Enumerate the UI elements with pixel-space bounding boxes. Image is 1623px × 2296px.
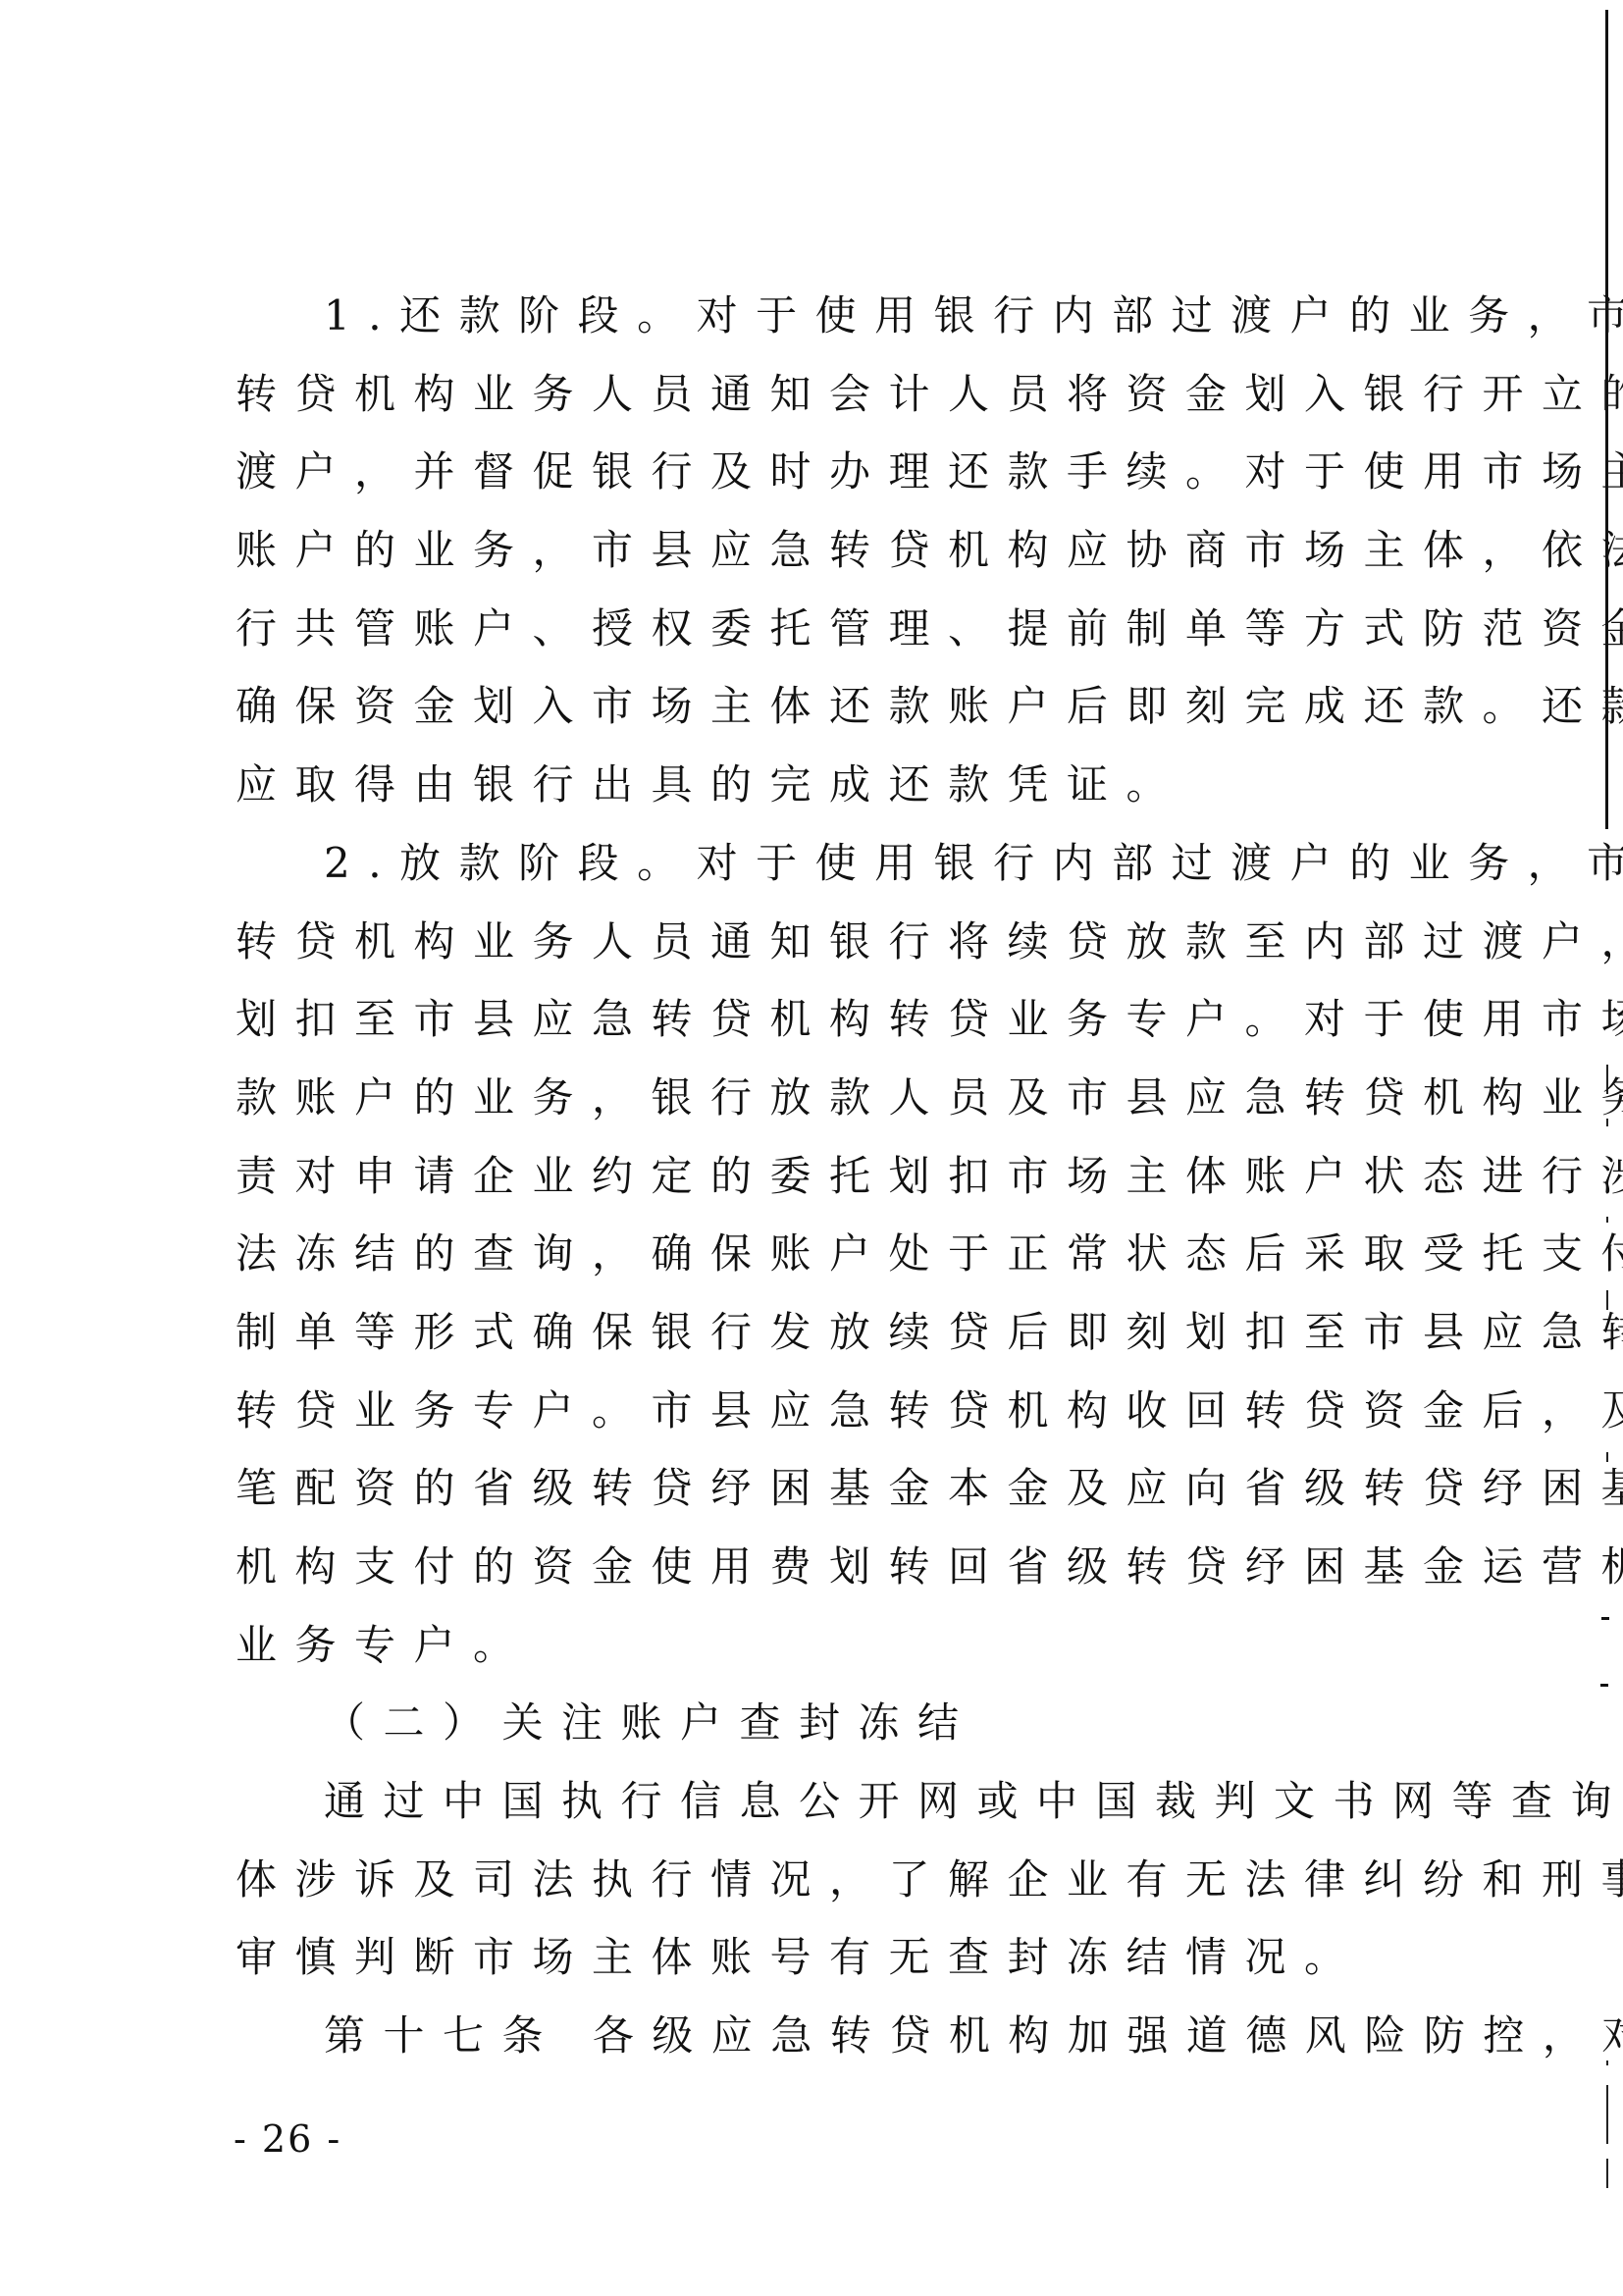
body-text: 1.还款阶段。对于使用银行内部过渡户的业务，市县应急 转贷机构业务人员通知会计人… [236, 277, 1425, 2075]
paragraph-line: 转贷机构业务人员通知会计人员将资金划入银行开立的内部过 [236, 355, 1425, 434]
paragraph-line: 应取得由银行出具的完成还款凭证。 [236, 746, 1425, 824]
paragraph-line: 账户的业务，市县应急转贷机构应协商市场主体，依法开设银 [236, 511, 1425, 590]
scan-artifact [1606, 1290, 1608, 1310]
scan-artifact [1606, 2159, 1608, 2188]
page-number: - 26 - [234, 2117, 341, 2161]
paragraph-line: 通过中国执行信息公开网或中国裁判文书网等查询市场主 [236, 1762, 1425, 1841]
paragraph-line: 确保资金划入市场主体还款账户后即刻完成还款。还款完成后 [236, 667, 1425, 746]
paragraph-line: 款账户的业务，银行放款人员及市县应急转贷机构业务人员负 [236, 1059, 1425, 1137]
paragraph-line: 转贷业务专户。市县应急转贷机构收回转贷资金后，及时将单 [236, 1372, 1425, 1450]
paragraph-line: 法冻结的查询，确保账户处于正常状态后采取受托支付、提前 [236, 1215, 1425, 1293]
scan-artifact [1606, 2085, 1608, 2144]
paragraph-line: 体涉诉及司法执行情况，了解企业有无法律纠纷和刑事案件， [236, 1841, 1425, 1919]
section-heading: （二）关注账户查封冻结 [236, 1684, 1425, 1762]
paragraph-line: 制单等形式确保银行发放续贷后即刻划扣至市县应急转贷机构 [236, 1293, 1425, 1372]
paragraph-line: 转贷机构业务人员通知银行将续贷放款至内部过渡户，并即刻 [236, 903, 1425, 981]
paragraph-line: 责对申请企业约定的委托划扣市场主体账户状态进行涉诉和司 [236, 1137, 1425, 1216]
paragraph-line: 1.还款阶段。对于使用银行内部过渡户的业务，市县应急 [236, 277, 1425, 355]
article-line: 第十七条 各级应急转贷机构加强道德风险防控，对重要岗 [236, 1997, 1425, 2075]
paragraph-line: 划扣至市县应急转贷机构转贷业务专户。对于使用市场主体放 [236, 980, 1425, 1059]
scan-artifact [1606, 1452, 1608, 1462]
paragraph-line: 2.放款阶段。对于使用银行内部过渡户的业务，市县应急 [236, 824, 1425, 903]
paragraph-line: 审慎判断市场主体账号有无查封冻结情况。 [236, 1918, 1425, 1997]
scan-artifact [1606, 2061, 1608, 2065]
scan-artifact [1601, 1617, 1609, 1620]
scan-artifact [1606, 1217, 1608, 1223]
document-page: 1.还款阶段。对于使用银行内部过渡户的业务，市县应急 转贷机构业务人员通知会计人… [0, 0, 1623, 2296]
paragraph-line: 笔配资的省级转贷纾困基金本金及应向省级转贷纾困基金运营 [236, 1449, 1425, 1528]
paragraph-line: 业务专户。 [236, 1606, 1425, 1685]
paragraph-line: 行共管账户、授权委托管理、提前制单等方式防范资金风险， [236, 590, 1425, 668]
scan-artifact [1600, 1684, 1608, 1687]
paragraph-line: 机构支付的资金使用费划转回省级转贷纾困基金运营机构转贷 [236, 1528, 1425, 1606]
paragraph-line: 渡户，并督促银行及时办理还款手续。对于使用市场主体还款 [236, 433, 1425, 511]
